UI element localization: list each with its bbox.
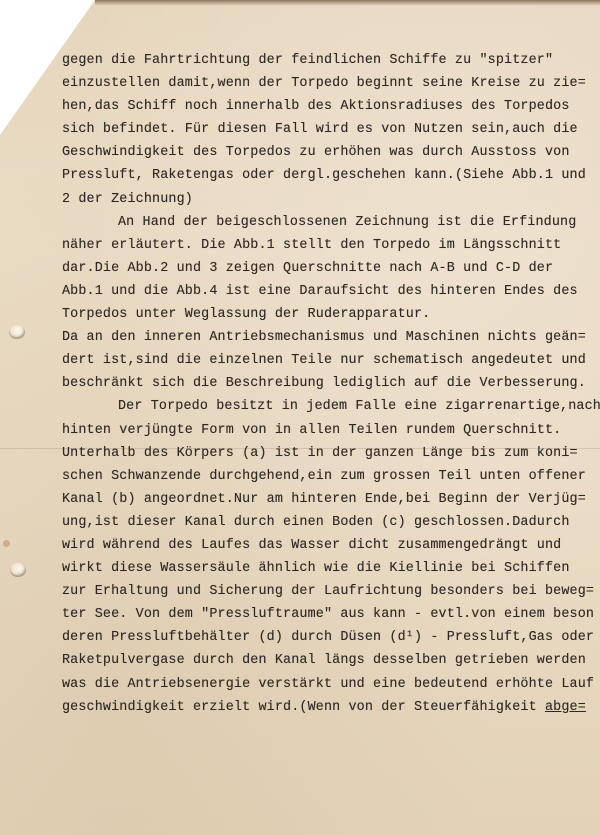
text-line: was die Antriebsenergie verstärkt und ei… [62,673,600,696]
text-line: sich befindet. Für diesen Fall wird es v… [62,118,600,141]
text-line: 2 der Zeichnung) [62,188,600,211]
text-line: schen Schwanzende durchgehend,ein zum gr… [62,465,600,488]
text-line: beschränkt sich die Beschreibung ledigli… [62,372,600,395]
typewritten-text: gegen die Fahrtrichtung der feindlichen … [62,49,600,719]
punch-hole-top [9,325,25,339]
text-line: Geschwindigkeit des Torpedos zu erhöhen … [62,141,600,164]
top-edge-crease [95,0,600,6]
text-line: Abb.1 und die Abb.4 ist eine Daraufsicht… [62,280,600,303]
text-line: Torpedos unter Weglassung der Ruderappar… [62,303,600,326]
text-line: hen,das Schiff noch innerhalb des Aktion… [62,95,600,118]
text-line-last-body: geschwindigkeit erzielt wird.(Wenn von d… [62,700,545,715]
text-line: Raketpulvergase durch den Kanal längs de… [62,649,600,672]
text-line: Der Torpedo besitzt in jedem Falle eine … [62,395,600,418]
text-line: einzustellen damit,wenn der Torpedo begi… [62,72,600,95]
text-line: ung,ist dieser Kanal durch einen Boden (… [62,511,600,534]
text-line: Da an den inneren Antriebsmechanismus un… [62,326,600,349]
paper-sheet: gegen die Fahrtrichtung der feindlichen … [0,0,600,835]
text-line: gegen die Fahrtrichtung der feindlichen … [62,49,600,72]
text-line: ter See. Von dem "Pressluftraume" aus ka… [62,603,600,626]
text-line: zur Erhaltung und Sicherung der Laufrich… [62,580,600,603]
underlined-word: abge= [545,700,586,715]
text-line: dar.Die Abb.2 und 3 zeigen Querschnitte … [62,257,600,280]
text-line: wird während des Laufes das Wasser dicht… [62,534,600,557]
punch-hole-bottom [10,563,26,577]
text-line: An Hand der beigeschlossenen Zeichnung i… [62,211,600,234]
text-line: Kanal (b) angeordnet.Nur am hinteren End… [62,488,600,511]
text-line: deren Pressluftbehälter (d) durch Düsen … [62,626,600,649]
rust-stain [3,540,10,547]
text-line-last: geschwindigkeit erzielt wird.(Wenn von d… [62,696,600,719]
text-line: Pressluft, Raketengas oder dergl.gescheh… [62,164,600,187]
text-line: dert ist,sind die einzelnen Teile nur sc… [62,349,600,372]
text-line: wirkt diese Wassersäule ähnlich wie die … [62,557,600,580]
text-line: näher erläutert. Die Abb.1 stellt den To… [62,234,600,257]
text-line: Unterhalb des Körpers (a) ist in der gan… [62,442,600,465]
text-line: hinten verjüngte Form von in allen Teile… [62,419,600,442]
